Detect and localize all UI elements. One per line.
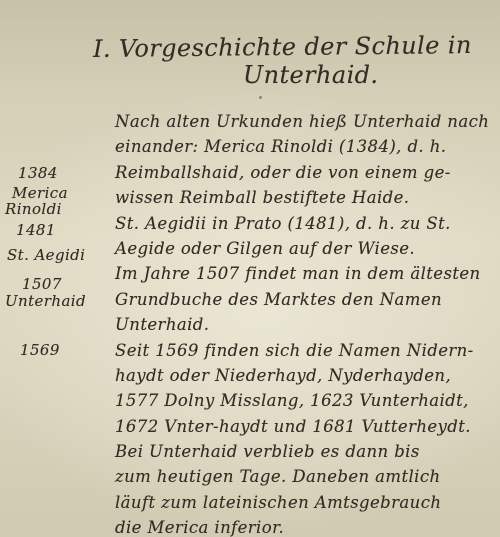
body-line: wissen Reimball bestiftete Haide.	[115, 185, 495, 210]
margin-note-rinoldi: Rinoldi	[5, 200, 62, 218]
body-line: 1577 Dolny Misslang, 1623 Vunterhaidt,	[115, 388, 495, 413]
body-line: Reimballshaid, oder die von einem ge-	[115, 160, 495, 185]
margin-note-year-1507: 1507	[22, 275, 62, 293]
page-title-line-1: I. Vorgeschichte der Schule in	[93, 31, 472, 63]
margin-note-year-1481: 1481	[16, 221, 56, 239]
body-line: Im Jahre 1507 findet man in dem ältesten	[115, 261, 495, 286]
margin-note-unterhaid: Unterhaid	[5, 292, 86, 310]
body-line: läuft zum lateinischen Amtsgebrauch	[115, 490, 495, 515]
body-line: Seit 1569 finden sich die Namen Nidern-	[115, 338, 495, 363]
body-line: haydt oder Niederhayd, Nyderhayden,	[115, 363, 495, 388]
body-line: Bei Unterhaid verblieb es dann bis	[115, 439, 495, 464]
body-line: zum heutigen Tage. Daneben amtlich	[115, 464, 495, 489]
margin-note-year-1569: 1569	[20, 341, 60, 359]
manuscript-page: I. Vorgeschichte der Schule in Unterhaid…	[0, 0, 500, 537]
margin-note-st-aegidi: St. Aegidi	[7, 246, 85, 264]
body-line: 1672 Vnter-haydt und 1681 Vutterheydt.	[115, 414, 495, 439]
body-line: Grundbuche des Marktes den Namen	[115, 287, 495, 312]
body-line: Nach alten Urkunden hieß Unterhaid nach	[115, 109, 495, 134]
page-title-line-2: Unterhaid.	[243, 61, 378, 89]
body-line: St. Aegidii in Prato (1481), d. h. zu St…	[115, 211, 495, 236]
body-line: Unterhaid.	[115, 312, 495, 337]
margin-note-year-1384: 1384	[18, 164, 58, 182]
body-line: die Merica inferior.	[115, 515, 495, 537]
ink-fleck	[259, 96, 262, 99]
body-text-column: Nach alten Urkunden hieß Unterhaid nach …	[115, 109, 495, 537]
body-line: einander: Merica Rinoldi (1384), d. h.	[115, 134, 495, 159]
body-line: Aegide oder Gilgen auf der Wiese.	[115, 236, 495, 261]
